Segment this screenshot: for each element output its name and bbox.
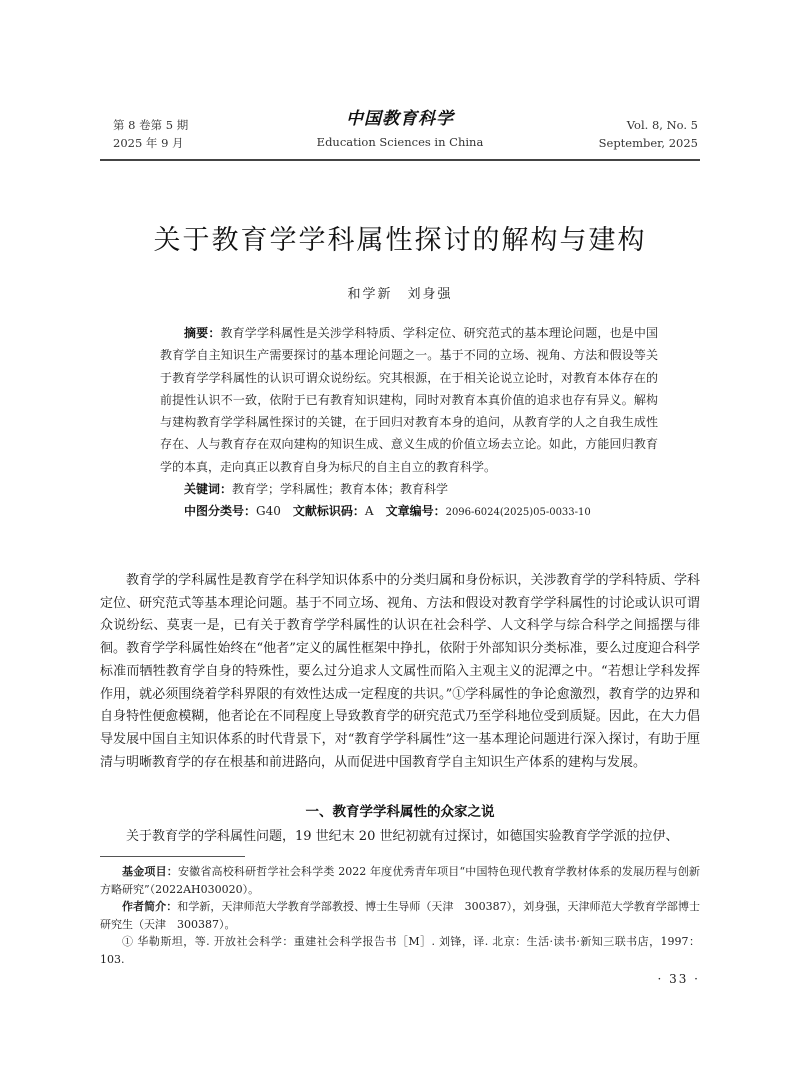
author-text: 和学新，天津师范大学教育学部教授、博士生导师（天津 300387），刘身强，天津… [100, 900, 700, 931]
publication-date-en: September, 2025 [599, 134, 698, 152]
author-note: 作者简介：和学新，天津师范大学教育学部教授、博士生导师（天津 300387），刘… [100, 898, 700, 933]
article-no-value: 2096-6024(2025)05-0033-10 [446, 507, 591, 518]
article-authors: 和学新 刘身强 [0, 283, 800, 302]
paper-page: 第 8 卷第 5 期 2025 年 9 月 中国教育科学 Education S… [0, 0, 800, 1077]
publication-date-cn: 2025 年 9 月 [113, 134, 188, 152]
doc-code-label: 文献标识码： [293, 504, 365, 518]
intro-paragraph: 教育学的学科属性是教育学在科学知识体系中的分类归属和身份标识，关涉教育学的学科特… [100, 570, 700, 774]
volume-issue-en: Vol. 8, No. 5 [599, 116, 698, 134]
header-right: Vol. 8, No. 5 September, 2025 [599, 116, 698, 152]
article-title: 关于教育学学科属性探讨的解构与建构 [0, 218, 800, 257]
header-divider [100, 159, 700, 161]
author-label: 作者简介： [122, 900, 177, 913]
abstract-label: 摘要： [184, 326, 220, 340]
article-no-label: 文章编号： [386, 504, 446, 518]
abstract-paragraph: 摘要：教育学学科属性是关涉学科特质、学科定位、研究范式的基本理论问题，也是中国教… [160, 322, 658, 478]
section-heading-1: 一、教育学学科属性的众家之说 [0, 800, 800, 820]
journal-logo: 中国教育科学 [250, 108, 550, 130]
keywords-label: 关键词： [184, 482, 232, 496]
fund-text: 安徽省高校科研哲学社会科学类 2022 年度优秀青年项目“中国特色现代教育学教材… [100, 865, 700, 896]
clc-label: 中图分类号： [184, 504, 256, 518]
header-left: 第 8 卷第 5 期 2025 年 9 月 [113, 116, 188, 152]
fund-note: 基金项目：安徽省高校科研哲学社会科学类 2022 年度优秀青年项目“中国特色现代… [100, 863, 700, 898]
section1-paragraph: 关于教育学的学科属性问题，19 世纪末 20 世纪初就有过探讨，如德国实验教育学… [100, 826, 700, 848]
abstract-block: 摘要：教育学学科属性是关涉学科特质、学科定位、研究范式的基本理论问题，也是中国教… [160, 322, 658, 525]
classification-line: 中图分类号：G40文献标识码：A文章编号：2096-6024(2025)05-0… [160, 500, 658, 524]
section1-body: 关于教育学的学科属性问题，19 世纪末 20 世纪初就有过探讨，如德国实验教育学… [100, 826, 700, 848]
footnotes-block: 基金项目：安徽省高校科研哲学社会科学类 2022 年度优秀青年项目“中国特色现代… [100, 863, 700, 969]
keywords-line: 关键词：教育学；学科属性；教育本体；教育科学 [160, 478, 658, 500]
clc-value: G40 [256, 504, 281, 518]
reference-1: ① 华勒斯坦，等. 开放社会科学：重建社会科学报告书［M］. 刘锋，译. 北京：… [100, 933, 700, 968]
header-center: 中国教育科学 Education Sciences in China [250, 108, 550, 151]
doc-code-value: A [365, 504, 374, 518]
page-number: · 33 · [657, 972, 700, 986]
keywords-text: 教育学；学科属性；教育本体；教育科学 [232, 482, 448, 496]
intro-body: 教育学的学科属性是教育学在科学知识体系中的分类归属和身份标识，关涉教育学的学科特… [100, 570, 700, 774]
abstract-text: 教育学学科属性是关涉学科特质、学科定位、研究范式的基本理论问题，也是中国教育学自… [160, 326, 658, 474]
volume-issue-cn: 第 8 卷第 5 期 [113, 116, 188, 134]
journal-name-en: Education Sciences in China [250, 133, 550, 151]
fund-label: 基金项目： [122, 865, 178, 878]
footnote-divider [100, 856, 245, 857]
